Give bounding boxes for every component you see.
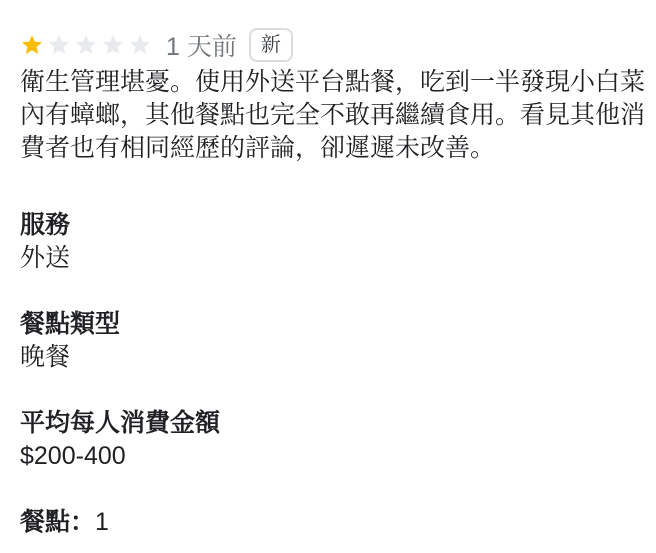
detail-inline-food-rating: 餐點：1 xyxy=(20,506,640,539)
detail-value: 晚餐 xyxy=(20,341,640,374)
detail-value: 外送 xyxy=(20,242,640,275)
inline-rating-separator: ： xyxy=(70,508,95,536)
detail-label: 餐點類型 xyxy=(20,308,640,341)
star-empty-icon xyxy=(74,33,98,57)
detail-label: 平均每人消費金額 xyxy=(20,407,640,440)
review-text-line: 內有蟑螂，其他餐點也完全不敢再繼續食用。看見其他消 xyxy=(20,99,640,132)
detail-section-price-per-person: 平均每人消費金額 $200-400 xyxy=(20,407,640,473)
star-filled-icon xyxy=(20,33,44,57)
inline-rating-value: 1 xyxy=(95,508,109,536)
review-time: 1 天前 xyxy=(166,27,237,63)
star-empty-icon xyxy=(101,33,125,57)
star-empty-icon xyxy=(47,33,71,57)
detail-value: $200-400 xyxy=(20,440,640,473)
review-text: 衛生管理堪憂。使用外送平台點餐，吃到一半發現小白菜 內有蟑螂，其他餐點也完全不敢… xyxy=(20,66,640,165)
detail-section-service: 服務 外送 xyxy=(20,209,640,275)
review-card: 1 天前 新 衛生管理堪憂。使用外送平台點餐，吃到一半發現小白菜 內有蟑螂，其他… xyxy=(0,0,656,539)
inline-rating-label: 餐點 xyxy=(20,508,70,536)
star-empty-icon xyxy=(128,33,152,57)
detail-section-meal-type: 餐點類型 晚餐 xyxy=(20,308,640,374)
new-badge: 新 xyxy=(249,28,293,62)
review-rating-row: 1 天前 新 xyxy=(20,28,640,62)
star-rating xyxy=(20,33,152,57)
detail-label: 服務 xyxy=(20,209,640,242)
review-text-line: 費者也有相同經歷的評論，卻遲遲未改善。 xyxy=(20,132,640,165)
review-text-line: 衛生管理堪憂。使用外送平台點餐，吃到一半發現小白菜 xyxy=(20,66,640,99)
